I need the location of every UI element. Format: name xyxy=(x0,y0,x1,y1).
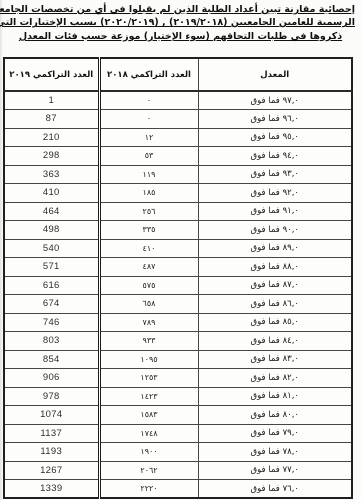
cell-gpa-range: ٨٧,٠ فما فوق xyxy=(198,276,352,295)
table-row: ٨٨,٠ فما فوق ٤٨٧ 571 xyxy=(4,258,352,277)
cell-count-2018: ٩٣٣ xyxy=(99,332,198,351)
cell-count-2019: 803 xyxy=(4,332,99,351)
table-row: ٩٤,٠ فما فوق ٥٣ 298 xyxy=(4,147,352,166)
cell-count-2019: 1074 xyxy=(4,406,99,425)
cell-count-2019: 498 xyxy=(4,221,99,240)
cell-count-2018: ٣٣٥ xyxy=(99,221,198,240)
cell-count-2018: ١٥٨٣ xyxy=(99,406,198,425)
table-row: ٩٦,٠ فما فوق ٠ 87 xyxy=(4,110,352,129)
cell-count-2018: ١٧٤٨ xyxy=(99,424,198,443)
cell-gpa-range: ٧٧,٠ فما فوق xyxy=(198,461,352,480)
cell-count-2019: 410 xyxy=(4,184,99,203)
cell-count-2018: ١٢٥٣ xyxy=(99,369,198,388)
cell-gpa-range: ٩٦,٠ فما فوق xyxy=(198,110,352,129)
cell-count-2019: 1137 xyxy=(4,424,99,443)
table-row: ٨٠,٠ فما فوق ١٥٨٣ 1074 xyxy=(4,406,352,425)
table-row: ٨٩,٠ فما فوق ٤١٠ 540 xyxy=(4,239,352,258)
cell-count-2018: ٥٧٥ xyxy=(99,276,198,295)
table-row: ٧٨,٠ فما فوق ١٩٠٠ 1193 xyxy=(4,443,352,462)
cell-gpa-range: ٨٢,٠ فما فوق xyxy=(198,369,352,388)
cell-gpa-range: ٩٥,٠ فما فوق xyxy=(198,128,352,147)
title-line-2: الرسمية للعامين الجامعيين (٢٠١٩/٢٠١٨) , … xyxy=(6,16,355,29)
cell-gpa-range: ٨٣,٠ فما فوق xyxy=(198,350,352,369)
title-line-1: إحصائية مقارنة تبين أعداد الطلبة الذين ل… xyxy=(6,3,355,16)
column-header-gpa: المعدل xyxy=(198,58,352,91)
column-header-count-2018: العدد التراكمي ٢٠١٨ xyxy=(99,58,198,91)
table-row: ٩٥,٠ فما فوق ١٢ 210 xyxy=(4,128,352,147)
cell-count-2019: 1339 xyxy=(4,480,99,499)
table-row: ٨٥,٠ فما فوق ٧٨٩ 746 xyxy=(4,313,352,332)
cell-count-2018: ١٠٩٥ xyxy=(99,350,198,369)
cell-count-2018: ٢٥٦ xyxy=(99,202,198,221)
cell-gpa-range: ٩٢,٠ فما فوق xyxy=(198,184,352,203)
cell-gpa-range: ٨٠,٠ فما فوق xyxy=(198,406,352,425)
cell-count-2019: 540 xyxy=(4,239,99,258)
cell-gpa-range: ٩٠,٠ فما فوق xyxy=(198,221,352,240)
cell-count-2019: 978 xyxy=(4,387,99,406)
cell-count-2019: 87 xyxy=(4,110,99,129)
title-line-3: ذكروها في طلبات التحاقهم (سوء الإختيار) … xyxy=(6,30,355,43)
statistics-table: المعدل العدد التراكمي ٢٠١٨ العدد التراكم… xyxy=(3,57,353,499)
cell-count-2019: 1193 xyxy=(4,443,99,462)
cell-count-2018: ١٩٠٠ xyxy=(99,443,198,462)
cell-count-2018: ٢٠٦٢ xyxy=(99,461,198,480)
cell-count-2018: ٦٥٨ xyxy=(99,295,198,314)
cell-gpa-range: ٩١,٠ فما فوق xyxy=(198,202,352,221)
table-row: ٨٦,٠ فما فوق ٦٥٨ 674 xyxy=(4,295,352,314)
table-row: ٩١,٠ فما فوق ٢٥٦ 464 xyxy=(4,202,352,221)
cell-count-2019: 363 xyxy=(4,165,99,184)
cell-count-2019: 674 xyxy=(4,295,99,314)
cell-count-2019: 1267 xyxy=(4,461,99,480)
cell-count-2019: 571 xyxy=(4,258,99,277)
cell-count-2018: ٤٨٧ xyxy=(99,258,198,277)
cell-gpa-range: ٧٩,٠ فما فوق xyxy=(198,424,352,443)
cell-count-2019: 616 xyxy=(4,276,99,295)
cell-gpa-range: ٩٧,٠ فما فوق xyxy=(198,91,352,110)
cell-count-2019: 906 xyxy=(4,369,99,388)
column-header-count-2019: العدد التراكمي ٢٠١٩ xyxy=(4,58,99,91)
cell-count-2019: 298 xyxy=(4,147,99,166)
document-page: إحصائية مقارنة تبين أعداد الطلبة الذين ل… xyxy=(0,0,361,500)
table-row: ٨٢,٠ فما فوق ١٢٥٣ 906 xyxy=(4,369,352,388)
statistics-table-wrapper: المعدل العدد التراكمي ٢٠١٨ العدد التراكم… xyxy=(3,57,351,499)
table-header: المعدل العدد التراكمي ٢٠١٨ العدد التراكم… xyxy=(4,58,352,91)
cell-gpa-range: ٨١,٠ فما فوق xyxy=(198,387,352,406)
cell-gpa-range: ٨٩,٠ فما فوق xyxy=(198,239,352,258)
table-row: ٧٧,٠ فما فوق ٢٠٦٢ 1267 xyxy=(4,461,352,480)
table-row: ٧٦,٠ فما فوق ٢٢٢٠ 1339 xyxy=(4,480,352,499)
cell-count-2019: 854 xyxy=(4,350,99,369)
cell-gpa-range: ٨٤,٠ فما فوق xyxy=(198,332,352,351)
cell-count-2018: ٤١٠ xyxy=(99,239,198,258)
table-row: ٨٣,٠ فما فوق ١٠٩٥ 854 xyxy=(4,350,352,369)
cell-count-2018: ٠ xyxy=(99,91,198,110)
table-body: ٩٧,٠ فما فوق ٠ 1 ٩٦,٠ فما فوق ٠ 87 ٩٥,٠ … xyxy=(4,91,352,498)
cell-count-2019: 464 xyxy=(4,202,99,221)
cell-count-2019: 746 xyxy=(4,313,99,332)
table-row: ٨٤,٠ فما فوق ٩٣٣ 803 xyxy=(4,332,352,351)
cell-gpa-range: ٧٨,٠ فما فوق xyxy=(198,443,352,462)
table-row: ٩٧,٠ فما فوق ٠ 1 xyxy=(4,91,352,110)
cell-gpa-range: ٨٦,٠ فما فوق xyxy=(198,295,352,314)
cell-count-2018: ٢٢٢٠ xyxy=(99,480,198,499)
cell-count-2018: ١٤٢٣ xyxy=(99,387,198,406)
cell-count-2018: ٧٨٩ xyxy=(99,313,198,332)
cell-gpa-range: ٨٥,٠ فما فوق xyxy=(198,313,352,332)
cell-count-2018: ١٨٥ xyxy=(99,184,198,203)
cell-count-2019: 210 xyxy=(4,128,99,147)
table-header-row: المعدل العدد التراكمي ٢٠١٨ العدد التراكم… xyxy=(4,58,352,91)
table-row: ٨٧,٠ فما فوق ٥٧٥ 616 xyxy=(4,276,352,295)
cell-gpa-range: ٧٦,٠ فما فوق xyxy=(198,480,352,499)
cell-count-2018: ٠ xyxy=(99,110,198,129)
table-row: ٩٢,٠ فما فوق ١٨٥ 410 xyxy=(4,184,352,203)
document-title: إحصائية مقارنة تبين أعداد الطلبة الذين ل… xyxy=(6,3,355,43)
table-row: ٧٩,٠ فما فوق ١٧٤٨ 1137 xyxy=(4,424,352,443)
cell-count-2018: ١١٩ xyxy=(99,165,198,184)
cell-count-2018: ١٢ xyxy=(99,128,198,147)
cell-gpa-range: ٩٤,٠ فما فوق xyxy=(198,147,352,166)
cell-gpa-range: ٩٣,٠ فما فوق xyxy=(198,165,352,184)
table-row: ٩٣,٠ فما فوق ١١٩ 363 xyxy=(4,165,352,184)
table-row: ٨١,٠ فما فوق ١٤٢٣ 978 xyxy=(4,387,352,406)
cell-count-2019: 1 xyxy=(4,91,99,110)
cell-gpa-range: ٨٨,٠ فما فوق xyxy=(198,258,352,277)
table-row: ٩٠,٠ فما فوق ٣٣٥ 498 xyxy=(4,221,352,240)
cell-count-2018: ٥٣ xyxy=(99,147,198,166)
